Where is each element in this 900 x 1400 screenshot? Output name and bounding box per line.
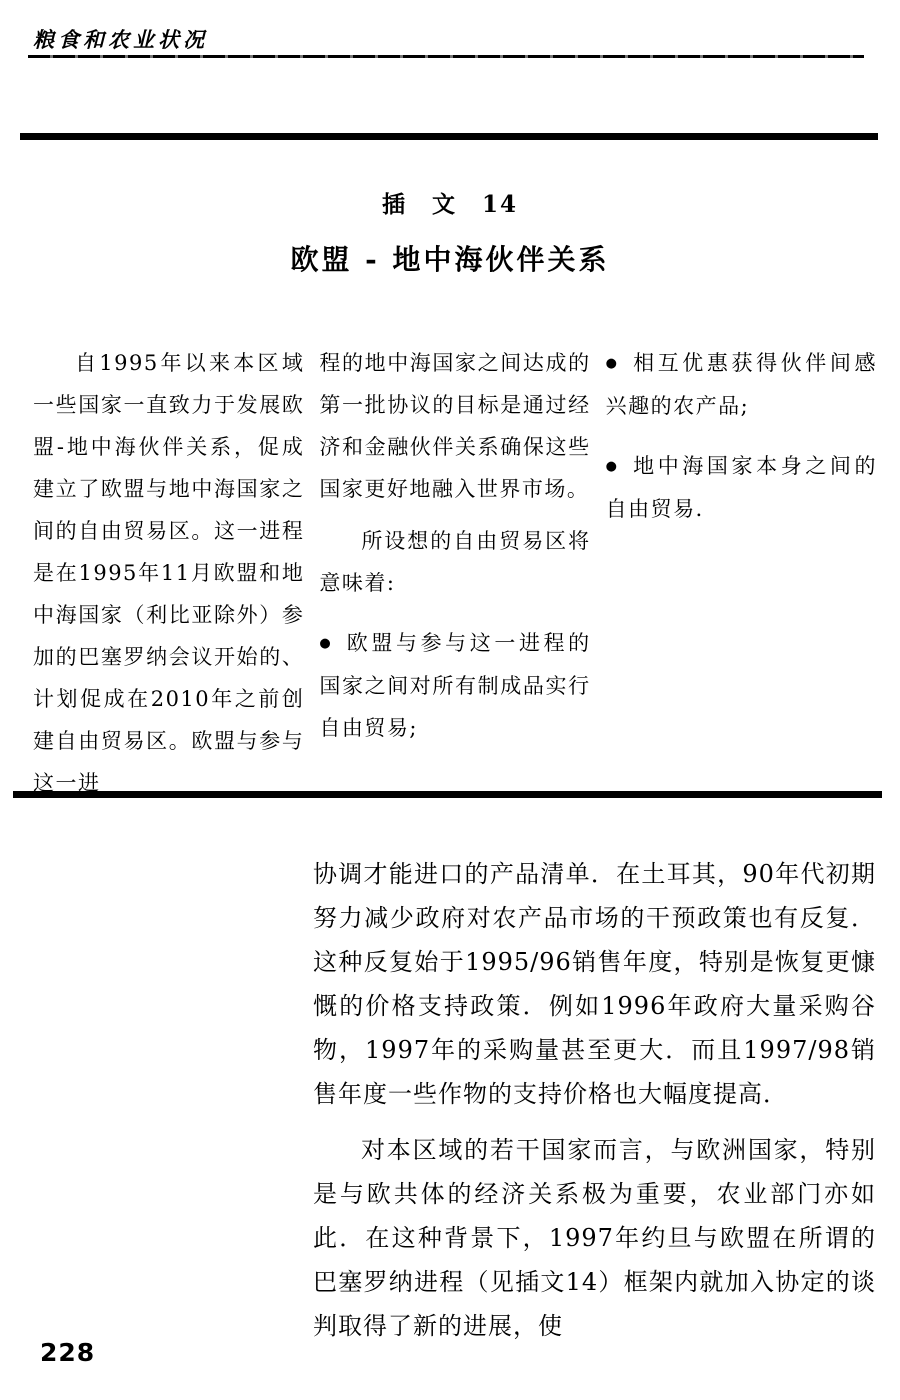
body-text: 协调才能进口的产品清单．在土耳其，90年代初期努力减少政府对农产品市场的干预政策… bbox=[313, 852, 876, 1348]
running-header-title: 粮食和农业状况 bbox=[33, 24, 208, 54]
box-title: 欧盟 - 地中海伙伴关系 bbox=[0, 238, 900, 278]
box-col3-bullet1-text: 相互优惠获得伙伴间感兴趣的农产品; bbox=[606, 351, 877, 418]
box-col2-bullet-text: 欧盟与参与这一进程的国家之间对所有制成品实行自由贸易; bbox=[319, 631, 590, 740]
box-col1-paragraph: 自1995年以来本区域一些国家一直致力于发展欧盟-地中海伙伴关系，促成建立了欧盟… bbox=[33, 342, 304, 804]
box-bottom-rule bbox=[13, 791, 882, 798]
body-paragraph-1: 协调才能进口的产品清单．在土耳其，90年代初期努力减少政府对农产品市场的干预政策… bbox=[313, 852, 876, 1116]
box-column-2: 程的地中海国家之间达成的第一批协议的目标是通过经济和金融伙伴关系确保这些国家更好… bbox=[319, 342, 590, 804]
box-top-rule bbox=[20, 133, 878, 140]
box-col2-bullet-item: ●欧盟与参与这一进程的国家之间对所有制成品实行自由贸易; bbox=[319, 622, 590, 749]
box-col2-paragraph-2: 所设想的自由贸易区将意味着: bbox=[319, 520, 590, 604]
box-col3-bullet-item-2: ●地中海国家本身之间的自由贸易． bbox=[606, 445, 877, 530]
document-page: 粮食和农业状况 插 文 14 欧盟 - 地中海伙伴关系 自1995年以来本区域一… bbox=[0, 0, 900, 1400]
bullet-icon: ● bbox=[606, 446, 617, 488]
bullet-icon: ● bbox=[319, 623, 330, 665]
box-columns: 自1995年以来本区域一些国家一直致力于发展欧盟-地中海伙伴关系，促成建立了欧盟… bbox=[33, 342, 877, 804]
box-col3-bullet2-text: 地中海国家本身之间的自由贸易． bbox=[606, 454, 877, 521]
box-column-1: 自1995年以来本区域一些国家一直致力于发展欧盟-地中海伙伴关系，促成建立了欧盟… bbox=[33, 342, 304, 804]
box-col3-bullet-item-1: ●相互优惠获得伙伴间感兴趣的农产品; bbox=[606, 342, 877, 427]
box-col2-paragraph-1: 程的地中海国家之间达成的第一批协议的目标是通过经济和金融伙伴关系确保这些国家更好… bbox=[319, 342, 590, 510]
header-underline bbox=[28, 55, 864, 58]
bullet-icon: ● bbox=[606, 343, 617, 385]
box-label: 插 文 14 bbox=[0, 186, 900, 219]
body-paragraph-2: 对本区域的若干国家而言，与欧洲国家，特别是与欧共体的经济关系极为重要，农业部门亦… bbox=[313, 1128, 876, 1348]
page-number: 228 bbox=[40, 1338, 95, 1367]
box-column-3: ●相互优惠获得伙伴间感兴趣的农产品; ●地中海国家本身之间的自由贸易． bbox=[606, 342, 877, 804]
